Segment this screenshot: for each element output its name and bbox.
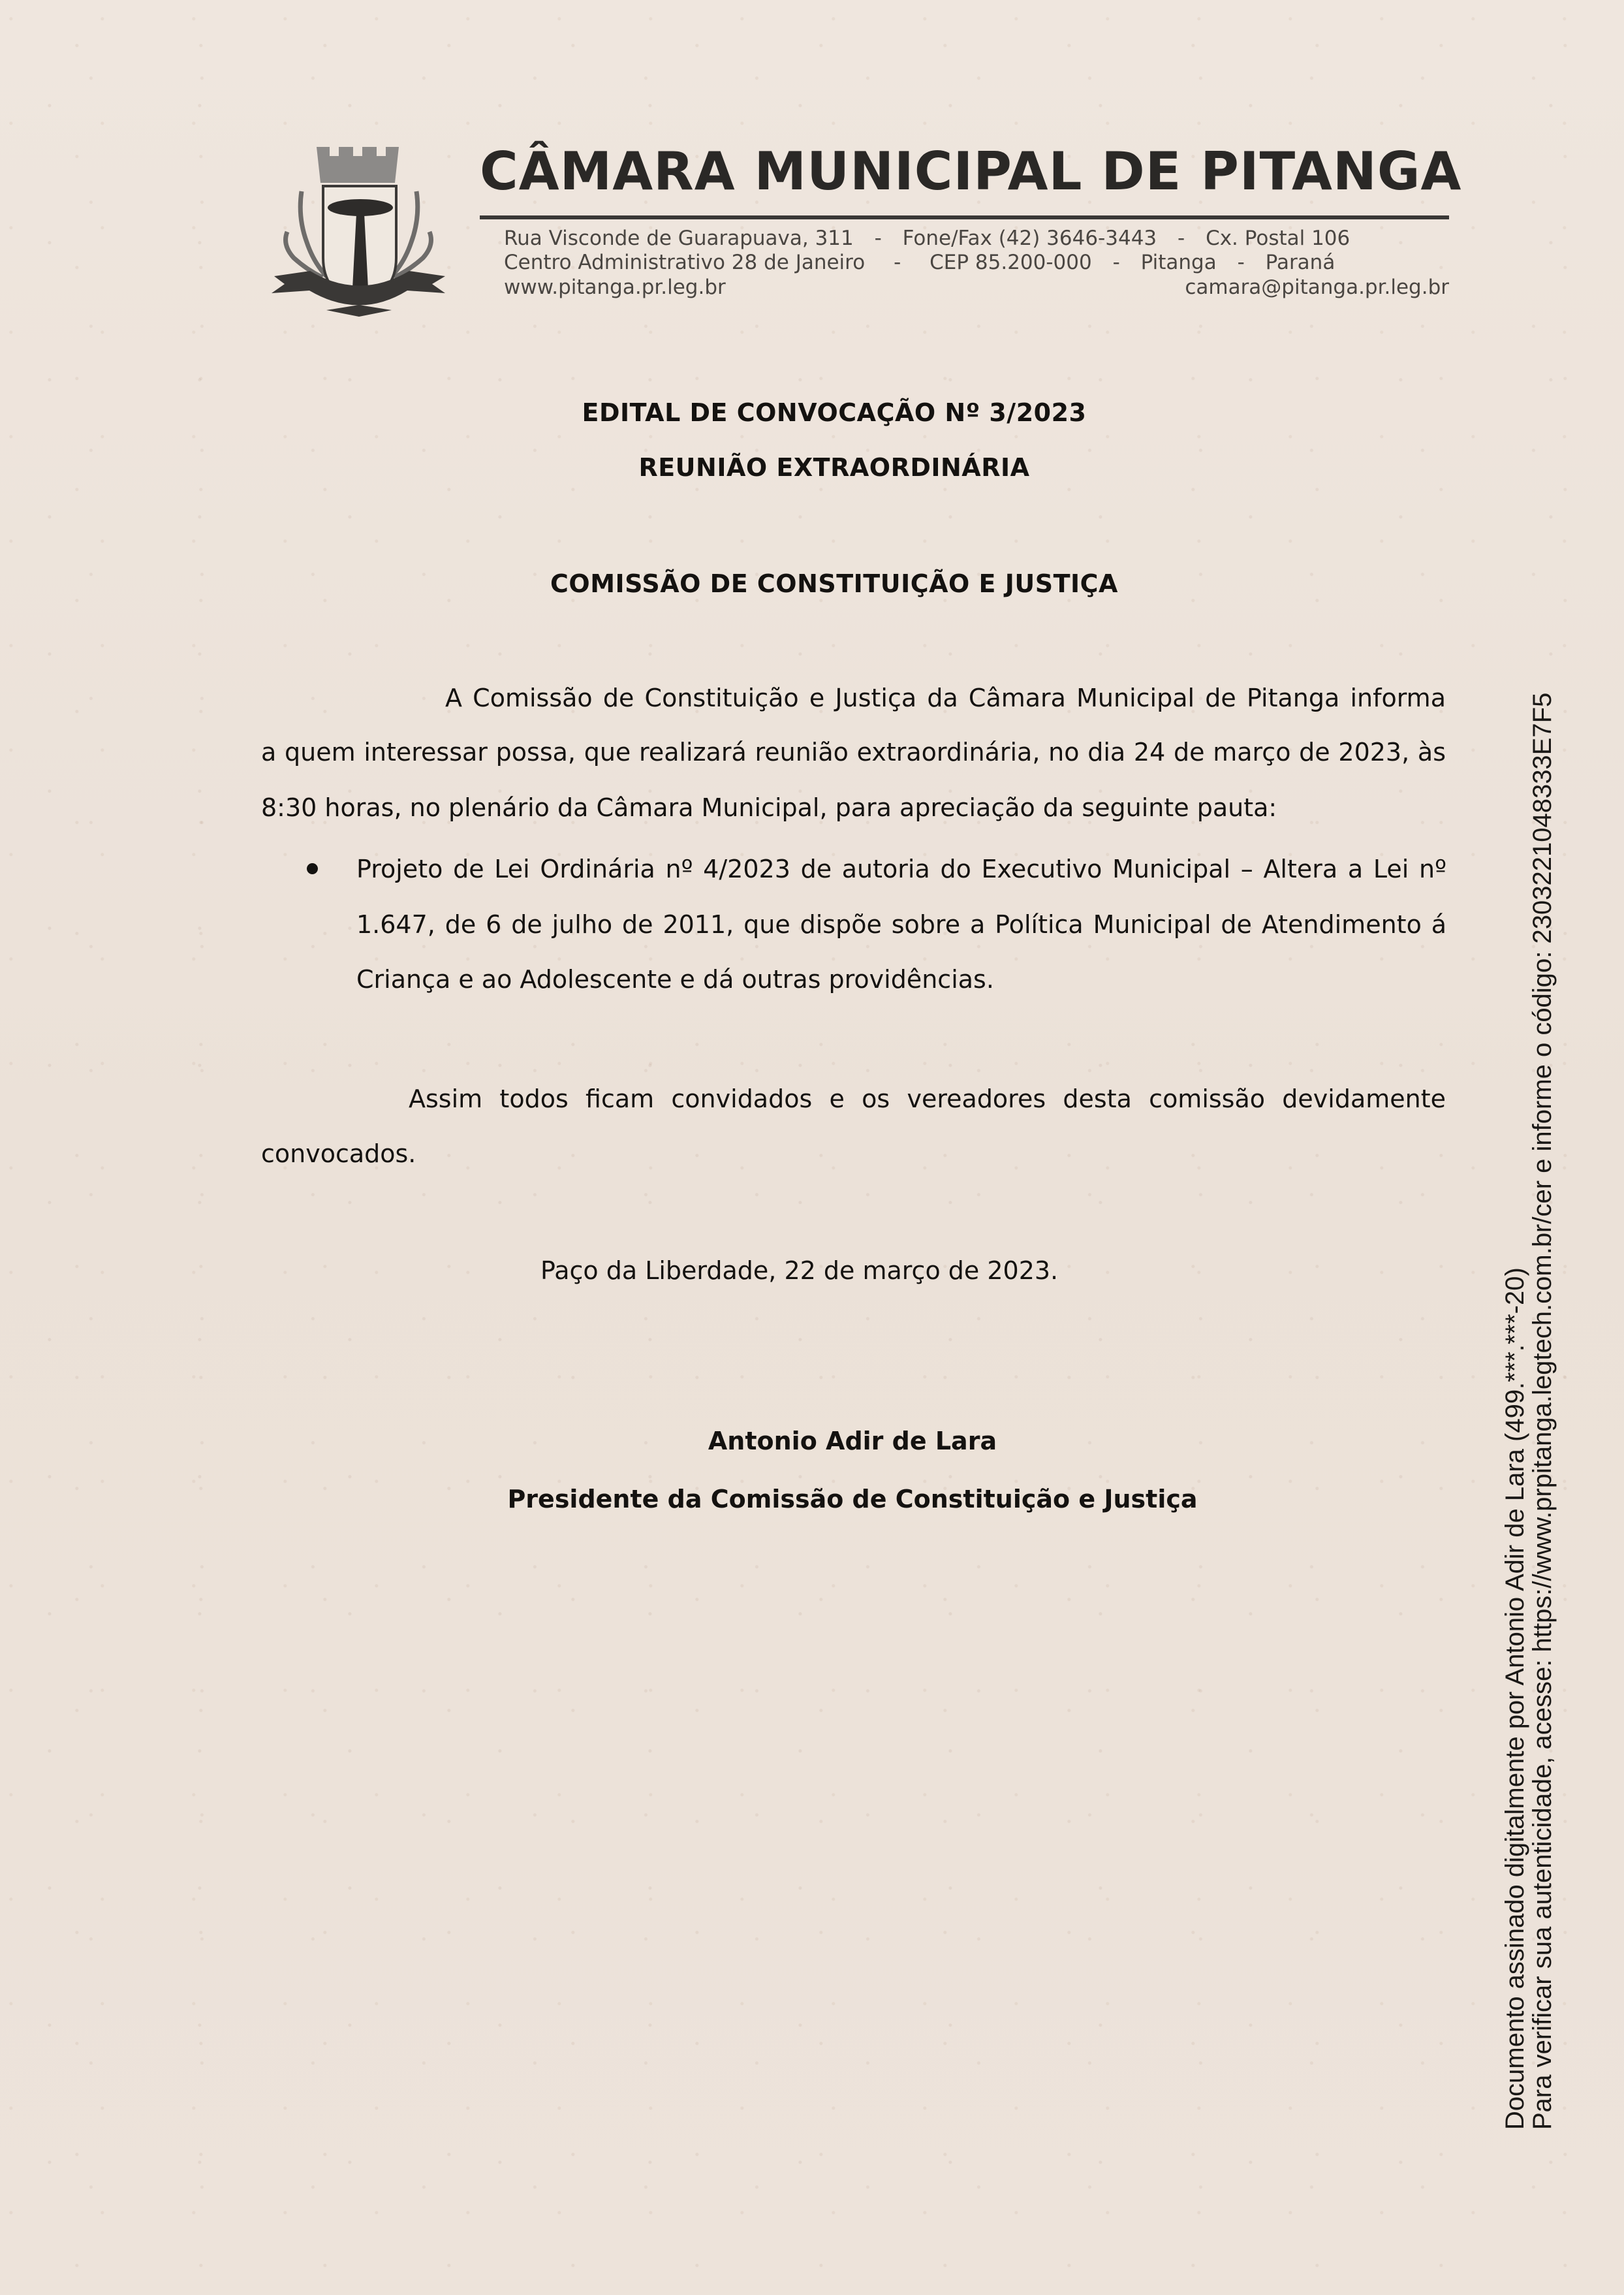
street-address: Rua Visconde de Guarapuava, 311 — [504, 227, 854, 250]
agenda-item-line-1: Projeto de Lei Ordinária nº 4/2023 de au… — [356, 857, 1446, 881]
state: Paraná — [1266, 251, 1335, 274]
coat-of-arms-icon — [261, 134, 457, 323]
committee-heading: COMISSÃO DE CONSTITUIÇÃO E JUSTIÇA — [22, 571, 1624, 596]
separator: - — [875, 229, 882, 249]
separator: - — [894, 253, 901, 273]
separator: - — [1178, 229, 1185, 249]
paragraph-1-line-2: a quem interessar possa, que realizará r… — [261, 740, 1446, 765]
institution-name: CÂMARA MUNICIPAL DE PITANGA — [480, 146, 1461, 198]
po-box: Cx. Postal 106 — [1206, 227, 1350, 250]
address-line-2: Centro Administrativo 28 de Janeiro - CE… — [504, 253, 1335, 273]
signer-role: Presidente da Comissão de Constituição e… — [40, 1487, 1624, 1512]
address-line-1: Rua Visconde de Guarapuava, 311 - Fone/F… — [504, 229, 1350, 249]
document-subtitle: REUNIÃO EXTRAORDINÁRIA — [22, 455, 1624, 480]
digital-signature-stamp: Documento assinado digitalmente por Anto… — [1501, 667, 1556, 2130]
place-and-date: Paço da Liberdade, 22 de março de 2023. — [540, 1258, 1058, 1283]
administrative-center: Centro Administrativo 28 de Janeiro — [504, 251, 865, 274]
paragraph-1-line-3: 8:30 horas, no plenário da Câmara Munici… — [261, 795, 1446, 820]
document-title: EDITAL DE CONVOCAÇÃO Nº 3/2023 — [22, 400, 1624, 425]
bullet-icon — [307, 863, 318, 874]
paragraph-2-line-1: Assim todos ficam convidados e os veread… — [261, 1086, 1446, 1111]
email-link[interactable]: camara@pitanga.pr.leg.br — [1185, 277, 1449, 298]
signature-stamp-line-2: Para verificar sua autenticidade, acesse… — [1529, 667, 1556, 2130]
separator: - — [1113, 253, 1120, 273]
separator: - — [1238, 253, 1245, 273]
web-contact-line: www.pitanga.pr.leg.br camara@pitanga.pr.… — [504, 277, 1449, 298]
paragraph-1-line-1: A Comissão de Constituição e Justiça da … — [261, 686, 1446, 710]
agenda-item-line-2: 1.647, de 6 de julho de 2011, que dispõe… — [356, 912, 1446, 937]
letterhead: CÂMARA MUNICIPAL DE PITANGA Rua Visconde… — [261, 134, 1449, 323]
agenda-item-line-3: Criança e ao Adolescente e dá outras pro… — [356, 967, 1446, 992]
signature-stamp-line-1: Documento assinado digitalmente por Anto… — [1501, 667, 1529, 2130]
header-divider — [480, 215, 1449, 219]
city: Pitanga — [1141, 251, 1217, 274]
phone-fax: Fone/Fax (42) 3646-3443 — [903, 227, 1157, 250]
paragraph-2-line-2: convocados. — [261, 1141, 1446, 1166]
signer-name: Antonio Adir de Lara — [40, 1429, 1624, 1453]
website-link[interactable]: www.pitanga.pr.leg.br — [504, 276, 726, 299]
zip-code: CEP 85.200-000 — [929, 251, 1092, 274]
